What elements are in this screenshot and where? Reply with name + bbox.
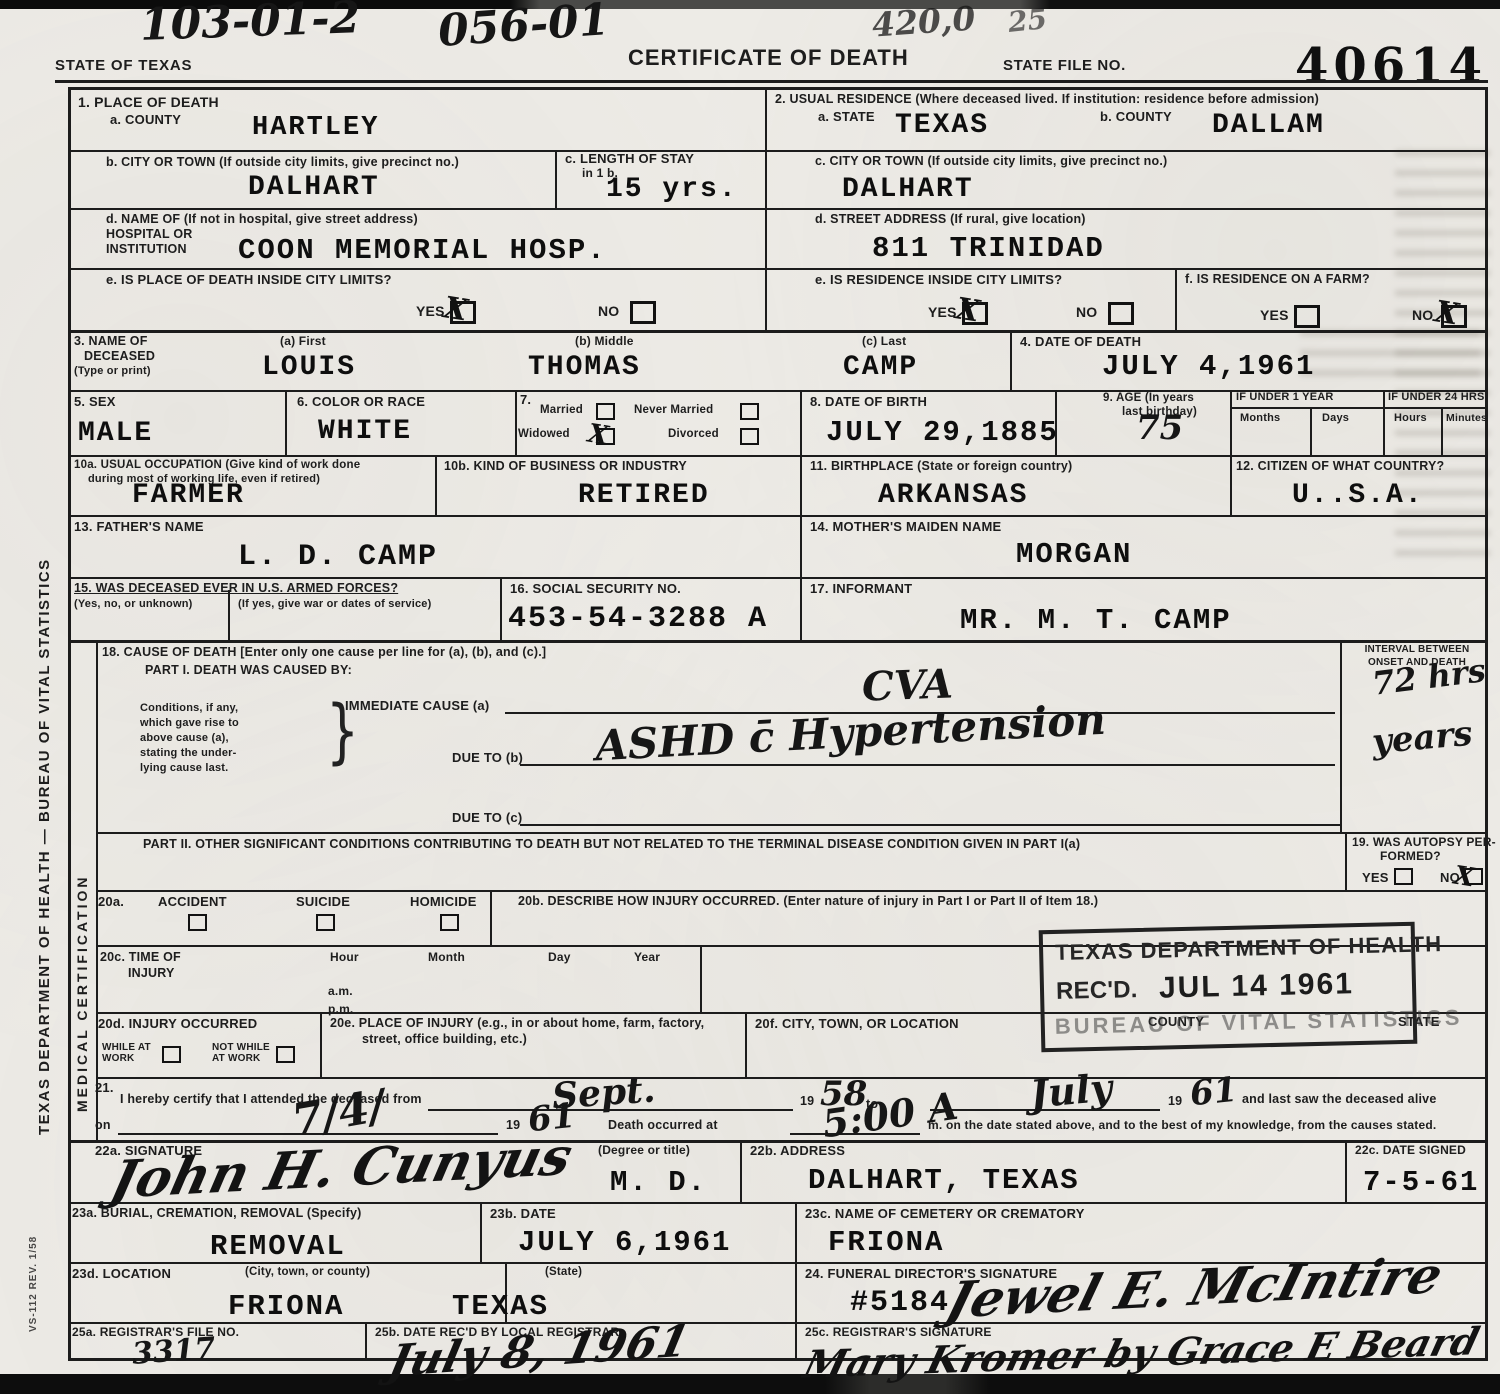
divider	[96, 1077, 1486, 1079]
autopsy-yes-label: YES	[1362, 870, 1389, 885]
form-code-vertical-label: VS-112 REV. 1/58	[28, 1236, 39, 1332]
citizen-value: U..S.A.	[1292, 480, 1424, 511]
certify-text-9: m. on the date stated above, and to the …	[928, 1118, 1436, 1132]
x-mark: X	[441, 290, 469, 328]
injury-occurred-label: 20d. INJURY OCCURRED	[98, 1016, 257, 1031]
residence-county-value: DALLAM	[1212, 110, 1325, 141]
last-name-value: CAMP	[843, 352, 918, 383]
hospital-label-2: HOSPITAL OR	[106, 227, 192, 241]
divider	[740, 1140, 742, 1202]
divider	[1340, 640, 1342, 832]
location-city-sub-label: (City, town, or county)	[245, 1266, 370, 1278]
degree-title-label: (Degree or title)	[598, 1143, 690, 1157]
checkbox-never-married	[740, 403, 759, 420]
divider	[365, 1322, 367, 1358]
handwritten-code-3: 420,0	[871, 0, 977, 45]
location-label: 23d. LOCATION	[72, 1266, 171, 1281]
sex-value: MALE	[78, 418, 153, 449]
hour-label: Hour	[330, 950, 359, 964]
location-state-value: TEXAS	[452, 1290, 549, 1323]
agency-vertical-label: TEXAS DEPARTMENT OF HEALTH — BUREAU OF V…	[36, 558, 53, 1135]
cause-b-value: ASHD c̄ Hypertension	[594, 695, 1107, 771]
received-stamp: TEXAS DEPARTMENT OF HEALTH REC'D. JUL 14…	[1039, 922, 1418, 1052]
checkbox-autopsy-yes	[1394, 868, 1413, 885]
divorced-label: Divorced	[668, 428, 719, 440]
age-value: 75	[1136, 408, 1183, 448]
certify-to-year: 61	[1188, 1070, 1239, 1115]
address-22b-value: DALHART, TEXAS	[808, 1164, 1080, 1197]
mother-name-value: MORGAN	[1016, 538, 1132, 571]
divider	[68, 330, 1486, 333]
describe-injury-label: 20b. DESCRIBE HOW INJURY OCCURRED. (Ente…	[518, 894, 1098, 908]
burial-label: 23a. BURIAL, CREMATION, REMOVAL (Specify…	[72, 1206, 361, 1220]
burial-date-label: 23b. DATE	[490, 1206, 556, 1221]
place-of-death-title: 1. PLACE OF DEATH	[78, 94, 219, 110]
street-address-value: 811 TRINIDAD	[872, 232, 1105, 265]
bleedthrough-smudge	[1300, 330, 1480, 390]
divider	[1383, 390, 1385, 455]
months-label: Months	[1240, 412, 1280, 424]
injury-20a-label: 20a.	[98, 894, 124, 909]
not-while-at-work-label-1: NOT WHILE	[212, 1042, 270, 1053]
state-file-no-label: STATE FILE NO.	[1003, 57, 1126, 74]
residence-farm-label: f. IS RESIDENCE ON A FARM?	[1185, 272, 1370, 286]
checkbox-farm-no: X	[1441, 305, 1467, 328]
name-title-2: DECEASED	[84, 349, 155, 363]
days-label: Days	[1322, 412, 1349, 424]
checkbox-autopsy-no: X	[1464, 868, 1483, 885]
divider	[1441, 407, 1443, 455]
checkbox-not-while-at-work	[276, 1046, 295, 1063]
scan-edge-bottom	[0, 1374, 1500, 1394]
pod-no-label: NO	[598, 303, 619, 319]
divider	[1175, 268, 1177, 330]
pod-yes-label: YES	[416, 303, 445, 319]
residence-state-label: a. STATE	[818, 109, 875, 124]
father-name-label: 13. FATHER'S NAME	[74, 519, 204, 534]
ssn-value: 453-54-3288 A	[508, 602, 768, 636]
homicide-label: HOMICIDE	[410, 894, 477, 909]
hospital-label-3: INSTITUTION	[106, 242, 187, 256]
divider	[1230, 407, 1486, 409]
x-mark: X	[1432, 294, 1460, 332]
while-at-work-label-1: WHILE AT	[102, 1042, 151, 1053]
checkbox-divorced	[740, 428, 759, 445]
checkbox-widowed: X	[596, 428, 615, 445]
citizen-label: 12. CITIZEN OF WHAT COUNTRY?	[1236, 459, 1444, 473]
while-at-work-label-2: WORK	[102, 1053, 134, 1064]
divider	[55, 80, 1488, 83]
birthplace-label: 11. BIRTHPLACE (State or foreign country…	[810, 459, 1072, 473]
divider	[68, 515, 1486, 517]
informant-label: 17. INFORMANT	[810, 581, 912, 596]
divider	[745, 1012, 747, 1077]
checkbox-pod-city-limits-no	[630, 301, 656, 324]
due-to-b-label: DUE TO (b)	[452, 750, 523, 765]
x-mark: X	[953, 291, 981, 329]
divider	[68, 87, 1488, 90]
certify-text-8: Death occurred at	[608, 1118, 718, 1132]
divider	[68, 455, 1486, 457]
age-label-1: 9. AGE (In years	[1103, 392, 1194, 404]
immediate-cause-label: IMMEDIATE CAUSE (a)	[345, 698, 489, 713]
length-of-stay-value: 15 yrs.	[606, 174, 738, 205]
ssn-label: 16. SOCIAL SECURITY NO.	[510, 581, 681, 596]
suicide-label: SUICIDE	[296, 894, 350, 909]
first-name-value: LOUIS	[262, 352, 356, 383]
divider	[500, 577, 502, 640]
date-signed-label: 22c. DATE SIGNED	[1355, 1143, 1466, 1157]
divider	[68, 640, 1486, 643]
length-of-stay-label: c. LENGTH OF STAY	[565, 151, 694, 166]
checkbox-married	[596, 403, 615, 420]
residence-city-value: DALHART	[842, 174, 974, 205]
pod-city-limits-label: e. IS PLACE OF DEATH INSIDE CITY LIMITS?	[106, 272, 392, 287]
divider	[1010, 330, 1012, 390]
last-name-label: (c) Last	[862, 334, 906, 348]
minutes-label: Minutes	[1446, 412, 1487, 424]
armed-forces-sub-1: (Yes, no, or unknown)	[74, 598, 192, 610]
stamp-line-3: BUREAU OF VITAL STATISTICS	[1055, 1005, 1463, 1040]
divider	[1345, 832, 1347, 890]
medical-certification-vertical-label: MEDICAL CERTIFICATION	[74, 875, 90, 1112]
checkbox-pod-city-limits-yes: X	[450, 301, 476, 324]
checkbox-res-city-limits-no	[1108, 302, 1134, 325]
degree-value: M. D.	[610, 1166, 707, 1199]
physician-signature: John H. Cunyus	[105, 1126, 578, 1211]
residence-city-label: c. CITY OR TOWN (If outside city limits,…	[815, 154, 1167, 168]
race-value: WHITE	[318, 416, 412, 447]
armed-forces-sub-2: (If yes, give war or dates of service)	[238, 598, 431, 610]
handwritten-code-2: 056-01	[436, 0, 610, 57]
place-of-injury-label-1: 20e. PLACE OF INJURY (e.g., in or about …	[330, 1016, 704, 1030]
name-title-1: 3. NAME OF	[74, 334, 148, 348]
checkbox-res-city-limits-yes: X	[962, 302, 988, 325]
interval-b-value: years	[1370, 714, 1474, 763]
widowed-label: Widowed	[518, 428, 570, 440]
checkbox-accident	[188, 914, 207, 931]
name-title-3: (Type or print)	[74, 365, 151, 377]
divider	[435, 455, 437, 515]
rule-line	[520, 824, 1340, 826]
divider	[795, 1322, 797, 1358]
autopsy-label-2: FORMED?	[1380, 849, 1441, 863]
certify-21-label: 21.	[95, 1080, 114, 1095]
divider	[700, 945, 702, 1012]
middle-name-value: THOMAS	[528, 352, 641, 383]
funeral-director-number: #5184	[850, 1286, 950, 1320]
occupation-value: FARMER	[132, 480, 245, 511]
year-label: Year	[634, 950, 660, 964]
date-of-death-label: 4. DATE OF DEATH	[1020, 334, 1141, 349]
under-1-year-label: IF UNDER 1 YEAR	[1236, 391, 1334, 403]
time-of-injury-label-2: INJURY	[128, 966, 175, 980]
pod-city-value: DALHART	[248, 172, 380, 203]
divider	[1230, 390, 1232, 455]
farm-yes-label: YES	[1260, 307, 1289, 323]
place-of-injury-label-2: street, office building, etc.)	[362, 1032, 527, 1046]
divider	[515, 390, 517, 455]
marital-label: 7.	[520, 392, 531, 407]
registrar-file-value: 3317	[131, 1331, 217, 1372]
divider	[480, 1202, 482, 1262]
certify-to-month: July	[1028, 1065, 1114, 1117]
date-of-birth-value: JULY 29,1885	[826, 416, 1059, 449]
burial-date-value: JULY 6,1961	[518, 1226, 731, 1259]
certify-text-6: on	[95, 1118, 111, 1132]
certify-text-4: 19	[1168, 1094, 1182, 1108]
divider	[68, 577, 1486, 579]
location-state-sub-label: (State)	[545, 1266, 582, 1278]
middle-name-label: (b) Middle	[575, 334, 634, 348]
x-mark: X	[1452, 861, 1477, 894]
cemetery-value: FRIONA	[828, 1226, 944, 1259]
death-certificate-scan: 103-01-2 056-01 420,0 25 STATE OF TEXAS …	[0, 0, 1500, 1394]
date-signed-value: 7-5-61	[1363, 1166, 1479, 1199]
divider	[1230, 455, 1232, 515]
funeral-director-signature: Jewel E. McIntire	[940, 1245, 1449, 1329]
day-label: Day	[548, 950, 571, 964]
x-mark: X	[586, 419, 611, 452]
divider	[800, 390, 802, 455]
checkbox-farm-yes	[1294, 305, 1320, 328]
divider	[800, 577, 802, 640]
residence-state-value: TEXAS	[895, 110, 989, 141]
divider	[68, 208, 1486, 210]
divider	[68, 1202, 1486, 1204]
conditions-label-5: lying cause last.	[140, 762, 228, 774]
divider	[68, 268, 1486, 270]
due-to-c-label: DUE TO (c)	[452, 810, 522, 825]
first-name-label: (a) First	[280, 334, 326, 348]
divider	[490, 890, 492, 945]
residence-city-limits-label: e. IS RESIDENCE INSIDE CITY LIMITS?	[815, 272, 1062, 287]
res-no-label: NO	[1076, 304, 1097, 320]
divider	[800, 515, 802, 577]
hospital-label-1: d. NAME OF (If not in hospital, give str…	[106, 212, 418, 226]
business-value: RETIRED	[578, 480, 710, 511]
certificate-title: CERTIFICATE OF DEATH	[628, 45, 909, 71]
conditions-label-4: stating the under-	[140, 747, 237, 759]
hours-label: Hours	[1394, 412, 1427, 424]
state-file-number: 40614	[1295, 38, 1487, 94]
occupation-label-1: 10a. USUAL OCCUPATION (Give kind of work…	[74, 459, 360, 471]
location-city-value: FRIONA	[228, 1290, 344, 1323]
stamp-recd-label: REC'D.	[1056, 976, 1138, 1006]
stamp-date: JUL 14 1961	[1159, 967, 1355, 1005]
father-name-value: L. D. CAMP	[238, 540, 438, 574]
injury-city-label: 20f. CITY, TOWN, OR LOCATION	[755, 1016, 959, 1031]
certify-text-5: and last saw the deceased alive	[1242, 1092, 1437, 1106]
divider	[68, 150, 1486, 152]
divider	[1310, 407, 1312, 455]
never-married-label: Never Married	[634, 404, 713, 416]
under-24-hrs-label: IF UNDER 24 HRS.	[1388, 391, 1488, 403]
stamp-line-1: TEXAS DEPARTMENT OF HEALTH	[1055, 931, 1442, 966]
divider	[800, 455, 802, 515]
pm-label: p.m.	[328, 1002, 353, 1016]
conditions-label-2: which gave rise to	[140, 717, 239, 729]
armed-forces-label: 15. WAS DECEASED EVER IN U.S. ARMED FORC…	[74, 581, 398, 595]
business-label: 10b. KIND OF BUSINESS OR INDUSTRY	[444, 459, 687, 473]
res-yes-label: YES	[928, 304, 957, 320]
am-label: a.m.	[328, 984, 353, 998]
married-label: Married	[540, 404, 583, 416]
race-label: 6. COLOR OR RACE	[297, 394, 425, 409]
address-22b-label: 22b. ADDRESS	[750, 1143, 845, 1158]
birthplace-value: ARKANSAS	[878, 480, 1028, 511]
hospital-value: COON MEMORIAL HOSP.	[238, 234, 607, 267]
checkbox-homicide	[440, 914, 459, 931]
checkbox-suicide	[316, 914, 335, 931]
divider	[1345, 1140, 1347, 1202]
pod-county-label: a. COUNTY	[110, 112, 181, 127]
mother-name-label: 14. MOTHER'S MAIDEN NAME	[810, 519, 1001, 534]
conditions-brace: }	[326, 692, 359, 773]
residence-county-label: b. COUNTY	[1100, 109, 1172, 124]
burial-value: REMOVAL	[210, 1230, 346, 1263]
conditions-label-3: above cause (a),	[140, 732, 229, 744]
conditions-label-1: Conditions, if any,	[140, 702, 238, 714]
certify-text-2: 19	[800, 1094, 814, 1108]
cemetery-label: 23c. NAME OF CEMETERY OR CREMATORY	[805, 1206, 1085, 1221]
date-of-birth-label: 8. DATE OF BIRTH	[810, 394, 927, 409]
divider	[795, 1202, 797, 1262]
checkbox-while-at-work	[162, 1046, 181, 1063]
divider	[228, 590, 230, 640]
street-address-label: d. STREET ADDRESS (If rural, give locati…	[815, 212, 1086, 226]
usual-residence-title: 2. USUAL RESIDENCE (Where deceased lived…	[775, 92, 1319, 106]
farm-no-label: NO	[1412, 307, 1433, 323]
informant-value: MR. M. T. CAMP	[960, 604, 1232, 637]
month-label: Month	[428, 950, 465, 964]
divider	[285, 390, 287, 455]
handwritten-code-1: 103-01-2	[139, 0, 361, 51]
accident-label: ACCIDENT	[158, 894, 227, 909]
sex-label: 5. SEX	[74, 394, 116, 409]
time-of-injury-label-1: 20c. TIME OF	[100, 950, 181, 964]
cause-of-death-label: 18. CAUSE OF DEATH [Enter only one cause…	[102, 645, 546, 659]
handwritten-code-4: 25	[1006, 2, 1048, 39]
divider	[795, 1262, 797, 1322]
divider	[96, 890, 1486, 892]
divider	[68, 87, 71, 1360]
pod-county-value: HARTLEY	[252, 113, 379, 143]
autopsy-label-1: 19. WAS AUTOPSY PER-	[1352, 835, 1496, 849]
part1-label: PART I. DEATH WAS CAUSED BY:	[145, 663, 352, 677]
divider	[320, 1012, 322, 1077]
divider	[96, 832, 1486, 834]
not-while-at-work-label-2: AT WORK	[212, 1053, 260, 1064]
date-of-death-value: JULY 4,1961	[1102, 350, 1315, 383]
pod-city-label: b. CITY OR TOWN (If outside city limits,…	[106, 155, 459, 169]
divider	[555, 150, 557, 208]
divider	[1485, 87, 1488, 1360]
state-of-texas-label: STATE OF TEXAS	[55, 57, 192, 74]
part2-label: PART II. OTHER SIGNIFICANT CONDITIONS CO…	[143, 837, 1080, 851]
